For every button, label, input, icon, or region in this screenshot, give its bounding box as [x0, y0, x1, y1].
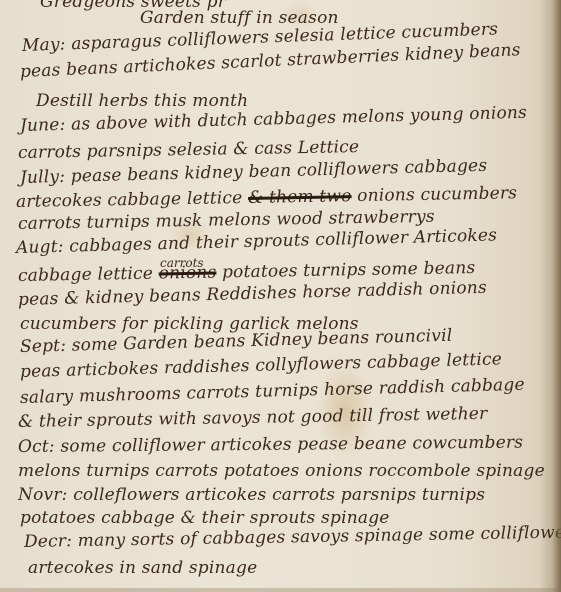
entry-line: & their sprouts with savoys not good til… [18, 404, 488, 432]
entry-line-october: Oct: some colliflower articokes pease be… [18, 433, 523, 457]
entry-text: carrots parsnips selesia & cass Lettice [18, 137, 360, 163]
month-label: Jully: [20, 167, 66, 188]
month-label: June: [20, 115, 66, 136]
entry-text: artecokes in sand spinage [28, 558, 257, 578]
month-label: Sept: [20, 336, 67, 357]
entry-text: melons turnips carrots potatoes onions r… [18, 461, 545, 481]
entry-line: artecokes cabbage lettice & them two oni… [16, 183, 518, 212]
page-bottom-edge [0, 588, 561, 592]
struck-text: onions [159, 263, 217, 284]
entry-line: melons turnips carrots potatoes onions r… [18, 461, 545, 481]
struck-text: & them two [248, 186, 352, 208]
month-label: Decr: [24, 531, 72, 552]
entry-text: artecokes cabbage lettice [16, 188, 243, 212]
entry-text: onions cucumbers [357, 183, 517, 206]
month-label: Novr: [18, 485, 68, 505]
entry-text: potatoes cabbage & their sprouts spinage [20, 508, 390, 528]
entry-line: potatoes cabbage & their sprouts spinage [20, 508, 390, 528]
entry-text: some colliflower articokes pease beane c… [60, 433, 523, 457]
entry-line: artecokes in sand spinage [28, 558, 257, 578]
page-gutter [553, 0, 561, 592]
entry-text: Destill herbs this month [36, 91, 248, 111]
entry-line: carrots parsnips selesia & cass Lettice [18, 137, 360, 163]
entry-text: & their sprouts with savoys not good til… [18, 404, 488, 432]
month-label: Augt: [16, 237, 64, 258]
entry-text: cabbage lettice [18, 264, 153, 286]
manuscript-page: Gredgeons sweets pr Garden stuff in seas… [0, 0, 561, 592]
entry-line-november: Novr: colleflowers articokes carrots par… [18, 485, 485, 505]
month-label: May: [22, 34, 66, 56]
month-label: Oct: [18, 437, 55, 457]
entry-text: colleflowers articokes carrots parsnips … [73, 485, 485, 505]
entry-line: Destill herbs this month [36, 91, 248, 111]
